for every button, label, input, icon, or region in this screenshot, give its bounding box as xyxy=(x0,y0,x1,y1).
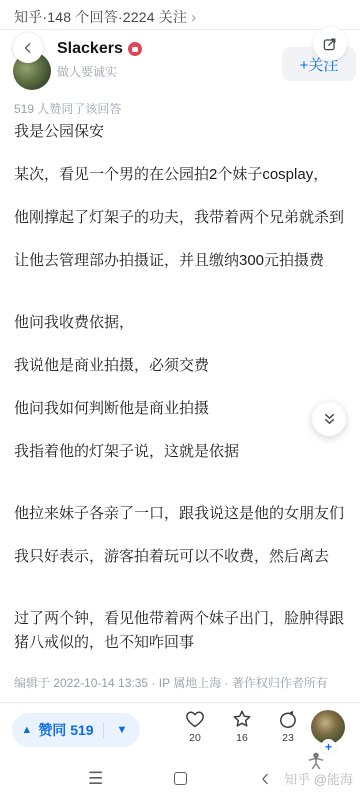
share-icon xyxy=(322,36,338,52)
favorite-count: 16 xyxy=(236,732,248,744)
double-chevron-down-icon xyxy=(322,412,337,427)
upvote-label: 赞同 519 xyxy=(38,720,93,740)
answer-body: 我是公园保安某次，看见一个男的在公园拍2个妹子cosplay，他刚撑起了灯架子的… xyxy=(0,116,360,655)
answer-paragraph xyxy=(14,588,346,607)
answer-paragraph: 他刚撑起了灯架子的功夫，我带着两个兄弟就杀到 xyxy=(14,206,346,230)
answer-paragraph xyxy=(14,483,346,502)
author-name-row[interactable]: Slackers xyxy=(57,40,142,58)
favorite-button[interactable]: 16 xyxy=(227,708,257,744)
downvote-button[interactable]: ▼ xyxy=(104,725,140,736)
answer-paragraph xyxy=(14,292,346,311)
nav-home-icon[interactable] xyxy=(174,772,187,785)
chevron-left-icon xyxy=(21,41,35,55)
like-count: 20 xyxy=(189,732,201,744)
answer-paragraph: 某次，看见一个男的在公园拍2个妹子cosplay， xyxy=(14,163,346,187)
action-bar: ▲ 赞同 519 ▼ 20 16 23 + xyxy=(0,702,360,757)
zhihu-answer-screen: 知乎·148 个回答·2224 关注 › Slackers 做人要诚实 +关注 … xyxy=(0,0,360,800)
question-title: 知乎·148 个回答·2224 关注 xyxy=(14,7,187,27)
next-answer-button[interactable] xyxy=(312,402,346,436)
answer-paragraph: 让他去管理部办拍摄证，并且缴纳300元拍摄费 xyxy=(14,249,346,273)
star-icon xyxy=(231,708,253,730)
answer-paragraph: 他问我收费依据， xyxy=(14,311,346,335)
share-button[interactable] xyxy=(313,27,347,61)
comment-button[interactable]: 23 xyxy=(273,708,303,744)
vote-pill: ▲ 赞同 519 ▼ xyxy=(12,713,140,747)
answer-paragraph: 我指着他的灯架子说，这就是依据 xyxy=(14,440,346,464)
upvote-button[interactable]: ▲ 赞同 519 xyxy=(12,720,103,740)
answer-meta: 编辑于 2022-10-14 13:35 · IP 属地上海 · 著作权归作者所… xyxy=(0,674,360,691)
question-header[interactable]: 知乎·148 个回答·2224 关注 › xyxy=(0,0,360,30)
answer-paragraph: 他拉来妹子各亲了一口，跟我说这是他的女朋友们 xyxy=(14,502,346,526)
answer-paragraph: 我只好表示，游客拍着玩可以不收费，然后离去 xyxy=(14,545,346,569)
speech-bubble-icon xyxy=(277,708,299,730)
answer-paragraph: 我是公园保安 xyxy=(14,120,346,144)
author-bio: 做人要诚实 xyxy=(57,63,117,80)
nav-menu-icon[interactable]: ☰ xyxy=(88,770,103,787)
heart-icon xyxy=(184,708,206,730)
upvote-triangle-icon: ▲ xyxy=(21,725,32,736)
like-button[interactable]: 20 xyxy=(180,708,210,744)
back-button[interactable] xyxy=(13,33,43,63)
author-name: Slackers xyxy=(57,40,123,58)
follow-plus-badge[interactable]: + xyxy=(321,739,336,754)
comment-count: 23 xyxy=(282,732,294,744)
author-card: Slackers 做人要诚实 +关注 xyxy=(0,30,360,94)
answer-paragraph: 过了两个钟，看见他带着两个妹子出门，脸肿得跟猪八戒似的，也不知咋回事 xyxy=(14,607,346,655)
chevron-right-icon: › xyxy=(191,10,196,25)
answer-paragraph: 他问我如何判断他是商业拍摄 xyxy=(14,397,346,421)
vip-badge-icon xyxy=(128,42,142,56)
system-nav-bar: ☰ xyxy=(0,757,360,800)
upvote-count-line: 519 人赞同了该回答 xyxy=(14,100,346,116)
downvote-triangle-icon: ▼ xyxy=(117,725,128,736)
answer-paragraph: 我说他是商业拍摄，必须交费 xyxy=(14,354,346,378)
nav-back-icon[interactable] xyxy=(258,772,272,786)
